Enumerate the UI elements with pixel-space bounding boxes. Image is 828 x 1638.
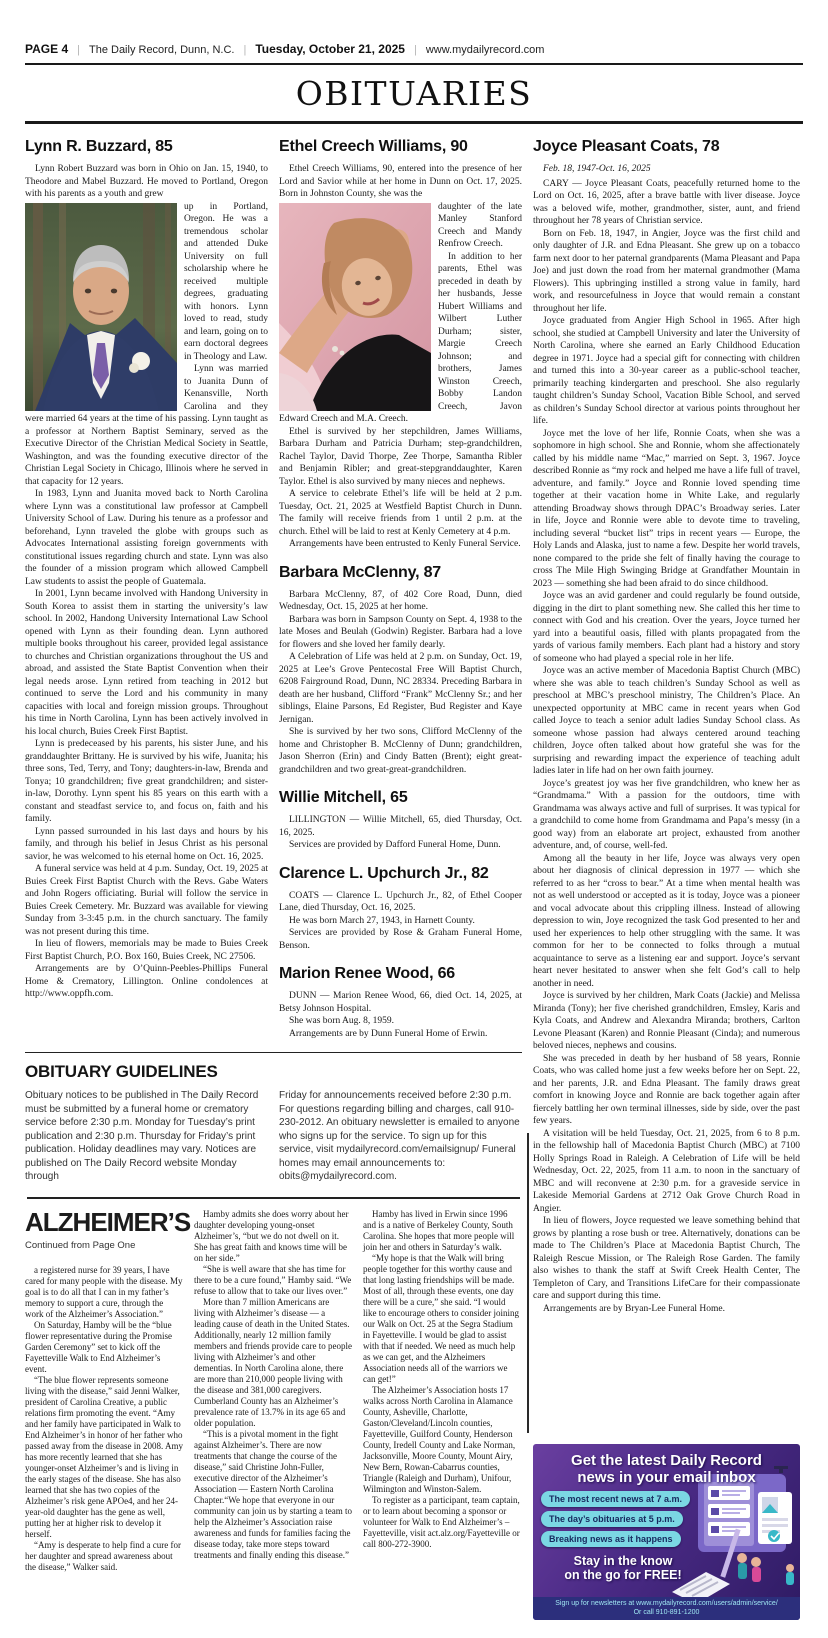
ad-feature-pill: The most recent news at 7 a.m. [541, 1491, 690, 1507]
obituary-title: Joyce Pleasant Coats, 78 [533, 138, 800, 156]
obituary-paragraph: Arrangements have been entrusted to Kenl… [279, 538, 522, 551]
obituary-guidelines-section: OBITUARY GUIDELINES Obituary notices to … [25, 1053, 522, 1184]
lynn-buzzard-photo [25, 203, 177, 411]
website-url: www.mydailyrecord.com [426, 44, 545, 56]
alzheimers-body: Hamby admits she does worry about her da… [194, 1209, 352, 1561]
obituary-column-2: Ethel Creech Williams, 90 Ethel Creech W… [279, 136, 522, 1040]
obituary-paragraph: DUNN — Marion Renee Wood, 66, died Oct. … [279, 990, 522, 1015]
alzheimers-paragraph: “The blue flower represents someone livi… [25, 1375, 183, 1540]
newspaper-page: PAGE 4 | The Daily Record, Dunn, N.C. | … [0, 0, 828, 1638]
obituary-paragraph: Joyce is survived by her children, Mark … [533, 990, 800, 1053]
page-number: PAGE 4 [25, 42, 68, 56]
ad-signup-footer: Sign up for newsletters at www.mydailyre… [533, 1597, 800, 1620]
obituary-body: Lynn was married to Juanita Dunn of Kena… [25, 363, 268, 1001]
ad-feature-list: The most recent news at 7 a.m.The day’s … [533, 1491, 800, 1547]
obituary-title: Clarence L. Upchurch Jr., 82 [279, 865, 522, 883]
obituary-title: Barbara McClenny, 87 [279, 564, 522, 582]
left-region: Lynn R. Buzzard, 85 Lynn Robert Buzzard … [25, 136, 522, 1624]
alzheimers-column-3: Hamby has lived in Erwin since 1996 and … [363, 1209, 521, 1573]
obituary-paragraph: LILLINGTON — Willie Mitchell, 65, died T… [279, 814, 522, 839]
obituary-paragraph: She was born Aug. 8, 1959. [279, 1015, 522, 1028]
obituary-paragraph: CARY — Joyce Pleasant Coats, peacefully … [533, 178, 800, 228]
obituary-body: LILLINGTON — Willie Mitchell, 65, died T… [279, 814, 522, 852]
obituary-paragraph: Joyce was an active member of Macedonia … [533, 665, 800, 778]
obituary-paragraph: In 2001, Lynn became involved with Hando… [25, 588, 268, 738]
alzheimers-paragraph: “This is a pivotal moment in the fight a… [194, 1429, 352, 1561]
obituary-title: Willie Mitchell, 65 [279, 789, 522, 807]
obituary-paragraph: Joyce’s greatest joy was her five grandc… [533, 778, 800, 853]
issue-date: Tuesday, October 21, 2025 [255, 42, 405, 56]
obituary-title: Lynn R. Buzzard, 85 [25, 138, 268, 156]
alzheimers-paragraph: a registered nurse for 39 years, I have … [25, 1265, 183, 1320]
obituary-marion-wood: Marion Renee Wood, 66 DUNN — Marion Rene… [279, 965, 522, 1040]
column-divider-rule [527, 1133, 529, 1433]
obituary-joyce-coats: Joyce Pleasant Coats, 78 Feb. 18, 1947-O… [533, 136, 800, 1315]
obituary-paragraph: In lieu of flowers, memorials may be mad… [25, 938, 268, 963]
ad-feature-pill: Breaking news as it happens [541, 1531, 681, 1547]
continued-from-label: Continued from Page One [25, 1240, 183, 1251]
obituary-title: Marion Renee Wood, 66 [279, 965, 522, 983]
alzheimers-body: Hamby has lived in Erwin since 1996 and … [363, 1209, 521, 1550]
obituary-paragraph: Joyce met the love of her life, Ronnie C… [533, 428, 800, 591]
alzheimers-column-2: Hamby admits she does worry about her da… [194, 1209, 352, 1573]
obituary-paragraph: Arrangements are by O’Quinn-Peebles-Phil… [25, 963, 268, 1001]
obituary-paragraph: A visitation will be held Tuesday, Oct. … [533, 1128, 800, 1216]
alzheimers-paragraph: The Alzheimer’s Association hosts 17 wal… [363, 1385, 521, 1495]
obituary-paragraph: Services are provided by Rose & Graham F… [279, 927, 522, 952]
alzheimers-section: ALZHEIMER’S Continued from Page One a re… [25, 1199, 522, 1573]
obituary-lynn-buzzard: Lynn R. Buzzard, 85 Lynn Robert Buzzard … [25, 138, 268, 1001]
page-content: Lynn R. Buzzard, 85 Lynn Robert Buzzard … [25, 124, 803, 1624]
alzheimers-column-1: ALZHEIMER’S Continued from Page One a re… [25, 1209, 183, 1573]
obituary-title: Ethel Creech Williams, 90 [279, 138, 522, 156]
ad-title: Get the latest Daily Record news in your… [533, 1444, 800, 1486]
guidelines-text-column-1: Obituary notices to be published in The … [25, 1089, 268, 1184]
obituary-body: DUNN — Marion Renee Wood, 66, died Oct. … [279, 990, 522, 1040]
obituary-paragraph: A Celebration of Life was held at 2 p.m.… [279, 651, 522, 726]
obituary-paragraph: She was preceded in death by her husband… [533, 1053, 800, 1128]
ethel-williams-photo [279, 203, 431, 411]
alzheimers-paragraph: On Saturday, Hamby will be the “blue flo… [25, 1320, 183, 1375]
obituary-paragraph: He was born March 27, 1943, in Harnett C… [279, 915, 522, 928]
header-separator: | [243, 44, 246, 56]
header-separator: | [414, 44, 417, 56]
section-title-obituaries: OBITUARIES [25, 65, 803, 121]
ad-feature-pill: The day’s obituaries at 5 p.m. [541, 1511, 683, 1527]
obituary-columns: Lynn R. Buzzard, 85 Lynn Robert Buzzard … [25, 136, 522, 1040]
obituary-body: COATS — Clarence L. Upchurch Jr., 82, of… [279, 890, 522, 953]
obituary-paragraph: A service to celebrate Ethel’s life will… [279, 488, 522, 538]
obituary-clarence-upchurch: Clarence L. Upchurch Jr., 82 COATS — Cla… [279, 865, 522, 953]
obituary-paragraph: A funeral service was held at 4 p.m. Sun… [25, 863, 268, 938]
alzheimers-body: a registered nurse for 39 years, I have … [25, 1265, 183, 1573]
header-separator: | [77, 44, 80, 56]
obituary-paragraph: Lynn Robert Buzzard was born in Ohio on … [25, 163, 268, 201]
obituary-paragraph: Services are provided by Dafford Funeral… [279, 839, 522, 852]
obituary-paragraph: She is survived by her two sons, Cliffor… [279, 726, 522, 776]
right-region: Joyce Pleasant Coats, 78 Feb. 18, 1947-O… [533, 136, 800, 1624]
obituary-paragraph: Barbara was born in Sampson County on Se… [279, 614, 522, 652]
obituary-paragraph: Joyce was an avid gardener and could reg… [533, 590, 800, 665]
newsletter-ad: Get the latest Daily Record news in your… [533, 1444, 800, 1620]
paper-name: The Daily Record, Dunn, N.C. [89, 44, 235, 56]
obituary-column-1: Lynn R. Buzzard, 85 Lynn Robert Buzzard … [25, 136, 268, 1040]
obituary-paragraph: Among all the beauty in her life, Joyce … [533, 853, 800, 991]
alzheimers-paragraph: More than 7 million Americans are living… [194, 1297, 352, 1429]
obituary-paragraph: Barbara McClenny, 87, of 402 Core Road, … [279, 589, 522, 614]
alzheimers-paragraph: “She is well aware that she has time for… [194, 1264, 352, 1297]
obituary-body: Barbara McClenny, 87, of 402 Core Road, … [279, 589, 522, 777]
page-header: PAGE 4 | The Daily Record, Dunn, N.C. | … [0, 0, 828, 121]
obituary-paragraph: Born on Feb. 18, 1947, in Angier, Joyce … [533, 228, 800, 316]
obituary-paragraph: Lynn is predeceased by his parents, his … [25, 738, 268, 826]
obituary-barbara-mcclenny: Barbara McClenny, 87 Barbara McClenny, 8… [279, 564, 522, 777]
obituary-ethel-williams: Ethel Creech Williams, 90 Ethel Creech W… [279, 138, 522, 551]
obituary-paragraph: Ethel is survived by her stepchildren, J… [279, 426, 522, 489]
obituary-paragraph: Joyce graduated from Angier High School … [533, 315, 800, 428]
alzheimers-paragraph: “My hope is that the Walk will bring peo… [363, 1253, 521, 1385]
obituary-paragraph: Arrangements are by Dunn Funeral Home of… [279, 1028, 522, 1041]
obituary-paragraph: Ethel Creech Williams, 90, entered into … [279, 163, 522, 201]
obituary-willie-mitchell: Willie Mitchell, 65 LILLINGTON — Willie … [279, 789, 522, 852]
obituary-paragraph: In lieu of flowers, Joyce requested we l… [533, 1215, 800, 1303]
ad-tagline: Stay in the know on the go for FREE! [533, 1554, 713, 1582]
guidelines-text-column-2: Friday for announcements received before… [279, 1089, 522, 1184]
guidelines-title: OBITUARY GUIDELINES [25, 1062, 522, 1082]
alzheimers-title: ALZHEIMER’S [25, 1209, 183, 1235]
obituary-body: CARY — Joyce Pleasant Coats, peacefully … [533, 178, 800, 1316]
obituary-paragraph: Arrangements are by Bryan-Lee Funeral Ho… [533, 1303, 800, 1316]
obituary-dateline: Feb. 18, 1947-Oct. 16, 2025 [533, 163, 800, 176]
alzheimers-paragraph: To register as a participant, team capta… [363, 1495, 521, 1550]
alzheimers-paragraph: Hamby has lived in Erwin since 1996 and … [363, 1209, 521, 1253]
obituary-paragraph: COATS — Clarence L. Upchurch Jr., 82, of… [279, 890, 522, 915]
alzheimers-paragraph: “Amy is desperate to help find a cure fo… [25, 1540, 183, 1573]
alzheimers-paragraph: Hamby admits she does worry about her da… [194, 1209, 352, 1264]
obituary-paragraph: In 1983, Lynn and Juanita moved back to … [25, 488, 268, 588]
obituary-paragraph: Lynn passed surrounded in his last days … [25, 826, 268, 864]
